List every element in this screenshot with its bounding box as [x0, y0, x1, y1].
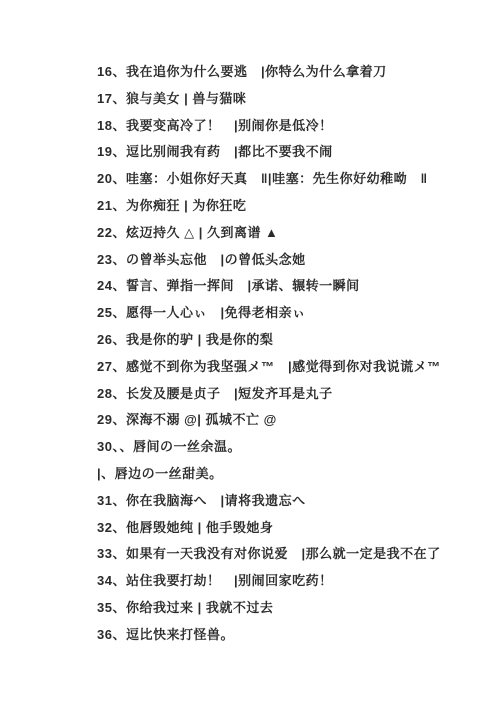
item-text: 你给我过来 | 我就不过去 [126, 600, 273, 615]
list-item: 19、逗比别闹我有药 |都比不要我不闹 [97, 145, 480, 158]
list-item: 25、愿得一人心ぃ |免得老相亲ぃ [97, 306, 480, 319]
item-number: 36、 [97, 627, 126, 642]
item-text: 如果有一天我没有对你说爱 |那么就一定是我不在了 [126, 546, 441, 561]
list-item: 31、你在我脑海へ |请将我遗忘へ [97, 494, 480, 507]
item-number: 19、 [97, 144, 126, 159]
item-number: 17、 [97, 91, 126, 106]
list-item: 21、为你痴狂 | 为你狂吃 [97, 199, 480, 212]
item-number: 26、 [97, 332, 126, 347]
item-text: の曾举头忘他 |の曾低头念她 [126, 252, 306, 267]
item-number: 21、 [97, 198, 126, 213]
item-number: 24、 [97, 278, 126, 293]
item-text: 为你痴狂 | 为你狂吃 [126, 198, 246, 213]
item-number: 31、 [97, 493, 126, 508]
item-text: 炫迈持久 △ | 久到离谱 ▲ [126, 225, 278, 240]
list-item: 23、の曾举头忘他 |の曾低头念她 [97, 253, 480, 266]
item-text: 愿得一人心ぃ |免得老相亲ぃ [126, 305, 306, 320]
item-text: 我要变高冷了！ |别闹你是低冷！ [126, 118, 333, 133]
item-number: 25、 [97, 305, 126, 320]
item-number: 32、 [97, 520, 126, 535]
list-item: 29、深海不溺 @| 孤城不亡 @ [97, 413, 480, 426]
list-item: 20、哇塞：小姐你好天真 ‖|哇塞：先生你好幼稚呦 ‖ [97, 172, 480, 185]
item-number: 18、 [97, 118, 126, 133]
item-text: 狼与美女 | 兽与猫咪 [126, 91, 246, 106]
item-text: 逗比别闹我有药 |都比不要我不闹 [126, 144, 333, 159]
item-number: 35、 [97, 600, 126, 615]
item-number: 29、 [97, 412, 126, 427]
list-item: 34、站住我要打劫！ |别闹回家吃药！ [97, 574, 480, 587]
item-text: 深海不溺 @| 孤城不亡 @ [126, 412, 277, 427]
item-text: |、唇边の一丝甜美。 [97, 466, 223, 481]
item-number: 22、 [97, 225, 126, 240]
item-number: 28、 [97, 386, 126, 401]
list-item: 30、、唇间の一丝余温。 [97, 440, 480, 453]
item-number: 34、 [97, 573, 126, 588]
document-page: 16、我在追你为什么要逃 |你特么为什么拿着刀 17、狼与美女 | 兽与猫咪 1… [0, 0, 500, 709]
item-text: 、唇间の一丝余温。 [119, 439, 241, 454]
item-text: 我在追你为什么要逃 |你特么为什么拿着刀 [126, 64, 387, 79]
list-item: 18、我要变高冷了！ |别闹你是低冷！ [97, 119, 480, 132]
list-item: 33、如果有一天我没有对你说爱 |那么就一定是我不在了 [97, 547, 480, 560]
item-text: 誓言、弹指一挥间 |承诺、辗转一瞬间 [126, 278, 360, 293]
item-number: 23、 [97, 252, 126, 267]
list-item: 32、他唇毁她纯 | 他手毁她身 [97, 521, 480, 534]
item-text: 哇塞：小姐你好天真 ‖|哇塞：先生你好幼稚呦 ‖ [126, 171, 428, 186]
item-number: 16、 [97, 64, 126, 79]
list-item: 26、我是你的驴 | 我是你的梨 [97, 333, 480, 346]
item-number: 27、 [97, 359, 126, 374]
item-text: 逗比快来打怪兽。 [126, 627, 234, 642]
item-number: 33、 [97, 546, 126, 561]
list-item: 24、誓言、弹指一挥间 |承诺、辗转一瞬间 [97, 279, 480, 292]
list-item: 16、我在追你为什么要逃 |你特么为什么拿着刀 [97, 65, 480, 78]
list-item: 17、狼与美女 | 兽与猫咪 [97, 92, 480, 105]
item-text: 你在我脑海へ |请将我遗忘へ [126, 493, 306, 508]
item-text: 长发及腰是贞子 |短发齐耳是丸子 [126, 386, 333, 401]
list-item: 27、感觉不到你为我坚强メ™ |感觉得到你对我说谎メ™ [97, 360, 480, 373]
list-item: 28、长发及腰是贞子 |短发齐耳是丸子 [97, 387, 480, 400]
item-text: 站住我要打劫！ |别闹回家吃药！ [126, 573, 333, 588]
list-item: 35、你给我过来 | 我就不过去 [97, 601, 480, 614]
list-item: 22、炫迈持久 △ | 久到离谱 ▲ [97, 226, 480, 239]
item-text: 我是你的驴 | 我是你的梨 [126, 332, 273, 347]
item-text: 感觉不到你为我坚强メ™ |感觉得到你对我说谎メ™ [126, 359, 441, 374]
list-item-continuation: |、唇边の一丝甜美。 [97, 467, 480, 480]
list-item: 36、逗比快来打怪兽。 [97, 628, 480, 641]
item-number: 20、 [97, 171, 126, 186]
item-text: 他唇毁她纯 | 他手毁她身 [126, 520, 273, 535]
item-number: 30、 [97, 439, 119, 454]
